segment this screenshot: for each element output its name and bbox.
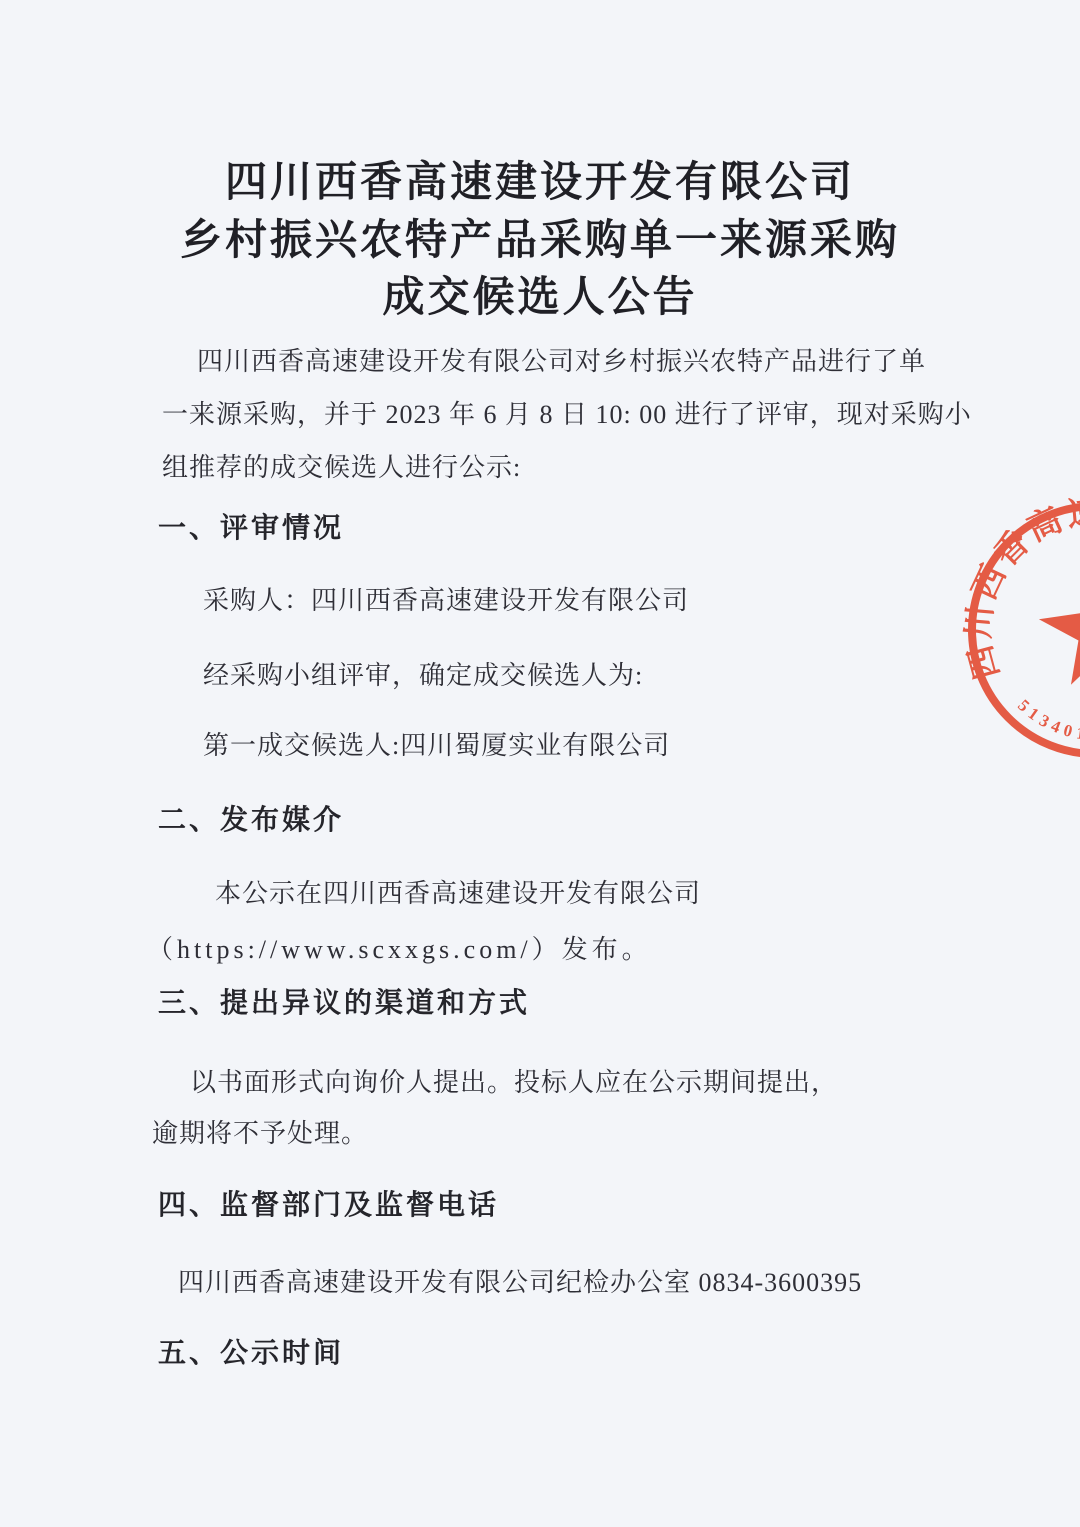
document-title-line-1: 四川西香高速建设开发有限公司: [0, 162, 1080, 204]
section-3-heading: 三、提出异议的渠道和方式: [158, 990, 530, 1018]
section-2-heading: 二、发布媒介: [158, 807, 344, 835]
document-page: 四川西香高速建设开发有限公司 乡村振兴农特产品采购单一来源采购 成交候选人公告 …: [0, 0, 1080, 1527]
svg-text:四川西香高速建设: 四川西香高速建设: [961, 494, 1080, 683]
intro-line-3: 组推荐的成交候选人进行公示:: [162, 455, 521, 481]
section-4-line-1: 四川西香高速建设开发有限公司纪检办公室 0834-3600395: [178, 1270, 862, 1296]
section-2-line-1: 本公示在四川西香高速建设开发有限公司: [215, 881, 701, 907]
section-2-line-2-url: （https://www.scxxgs.com/）发布。: [147, 937, 652, 963]
document-title-line-3: 成交候选人公告: [0, 277, 1080, 319]
intro-line-1: 四川西香高速建设开发有限公司对乡村振兴农特产品进行了单: [197, 349, 926, 375]
document-title-line-2: 乡村振兴农特产品采购单一来源采购: [0, 220, 1080, 262]
section-5-heading: 五、公示时间: [158, 1340, 344, 1368]
section-3-line-2: 逾期将不予处理。: [152, 1121, 368, 1147]
stamp-serial-number: 5134015: [1014, 696, 1080, 744]
section-1-line-1: 采购人：四川西香高速建设开发有限公司: [203, 588, 689, 614]
section-1-heading: 一、评审情况: [158, 515, 344, 543]
intro-line-2: 一来源采购，并于 2023 年 6 月 8 日 10: 00 进行了评审，现对采…: [162, 402, 972, 428]
stamp-star-icon: [1033, 560, 1080, 688]
section-1-line-3: 第一成交候选人:四川蜀厦实业有限公司: [203, 733, 670, 759]
svg-text:5134015: 5134015: [1014, 696, 1080, 744]
stamp-arc-text: 四川西香高速建设: [961, 494, 1080, 683]
section-3-line-1: 以书面形式向询价人提出。投标人应在公示期间提出，: [190, 1070, 838, 1096]
section-4-heading: 四、监督部门及监督电话: [158, 1192, 499, 1220]
official-seal-stamp: 四川西香高速建设 5134015: [946, 480, 1080, 780]
section-1-line-2: 经采购小组评审，确定成交候选人为:: [203, 663, 643, 689]
